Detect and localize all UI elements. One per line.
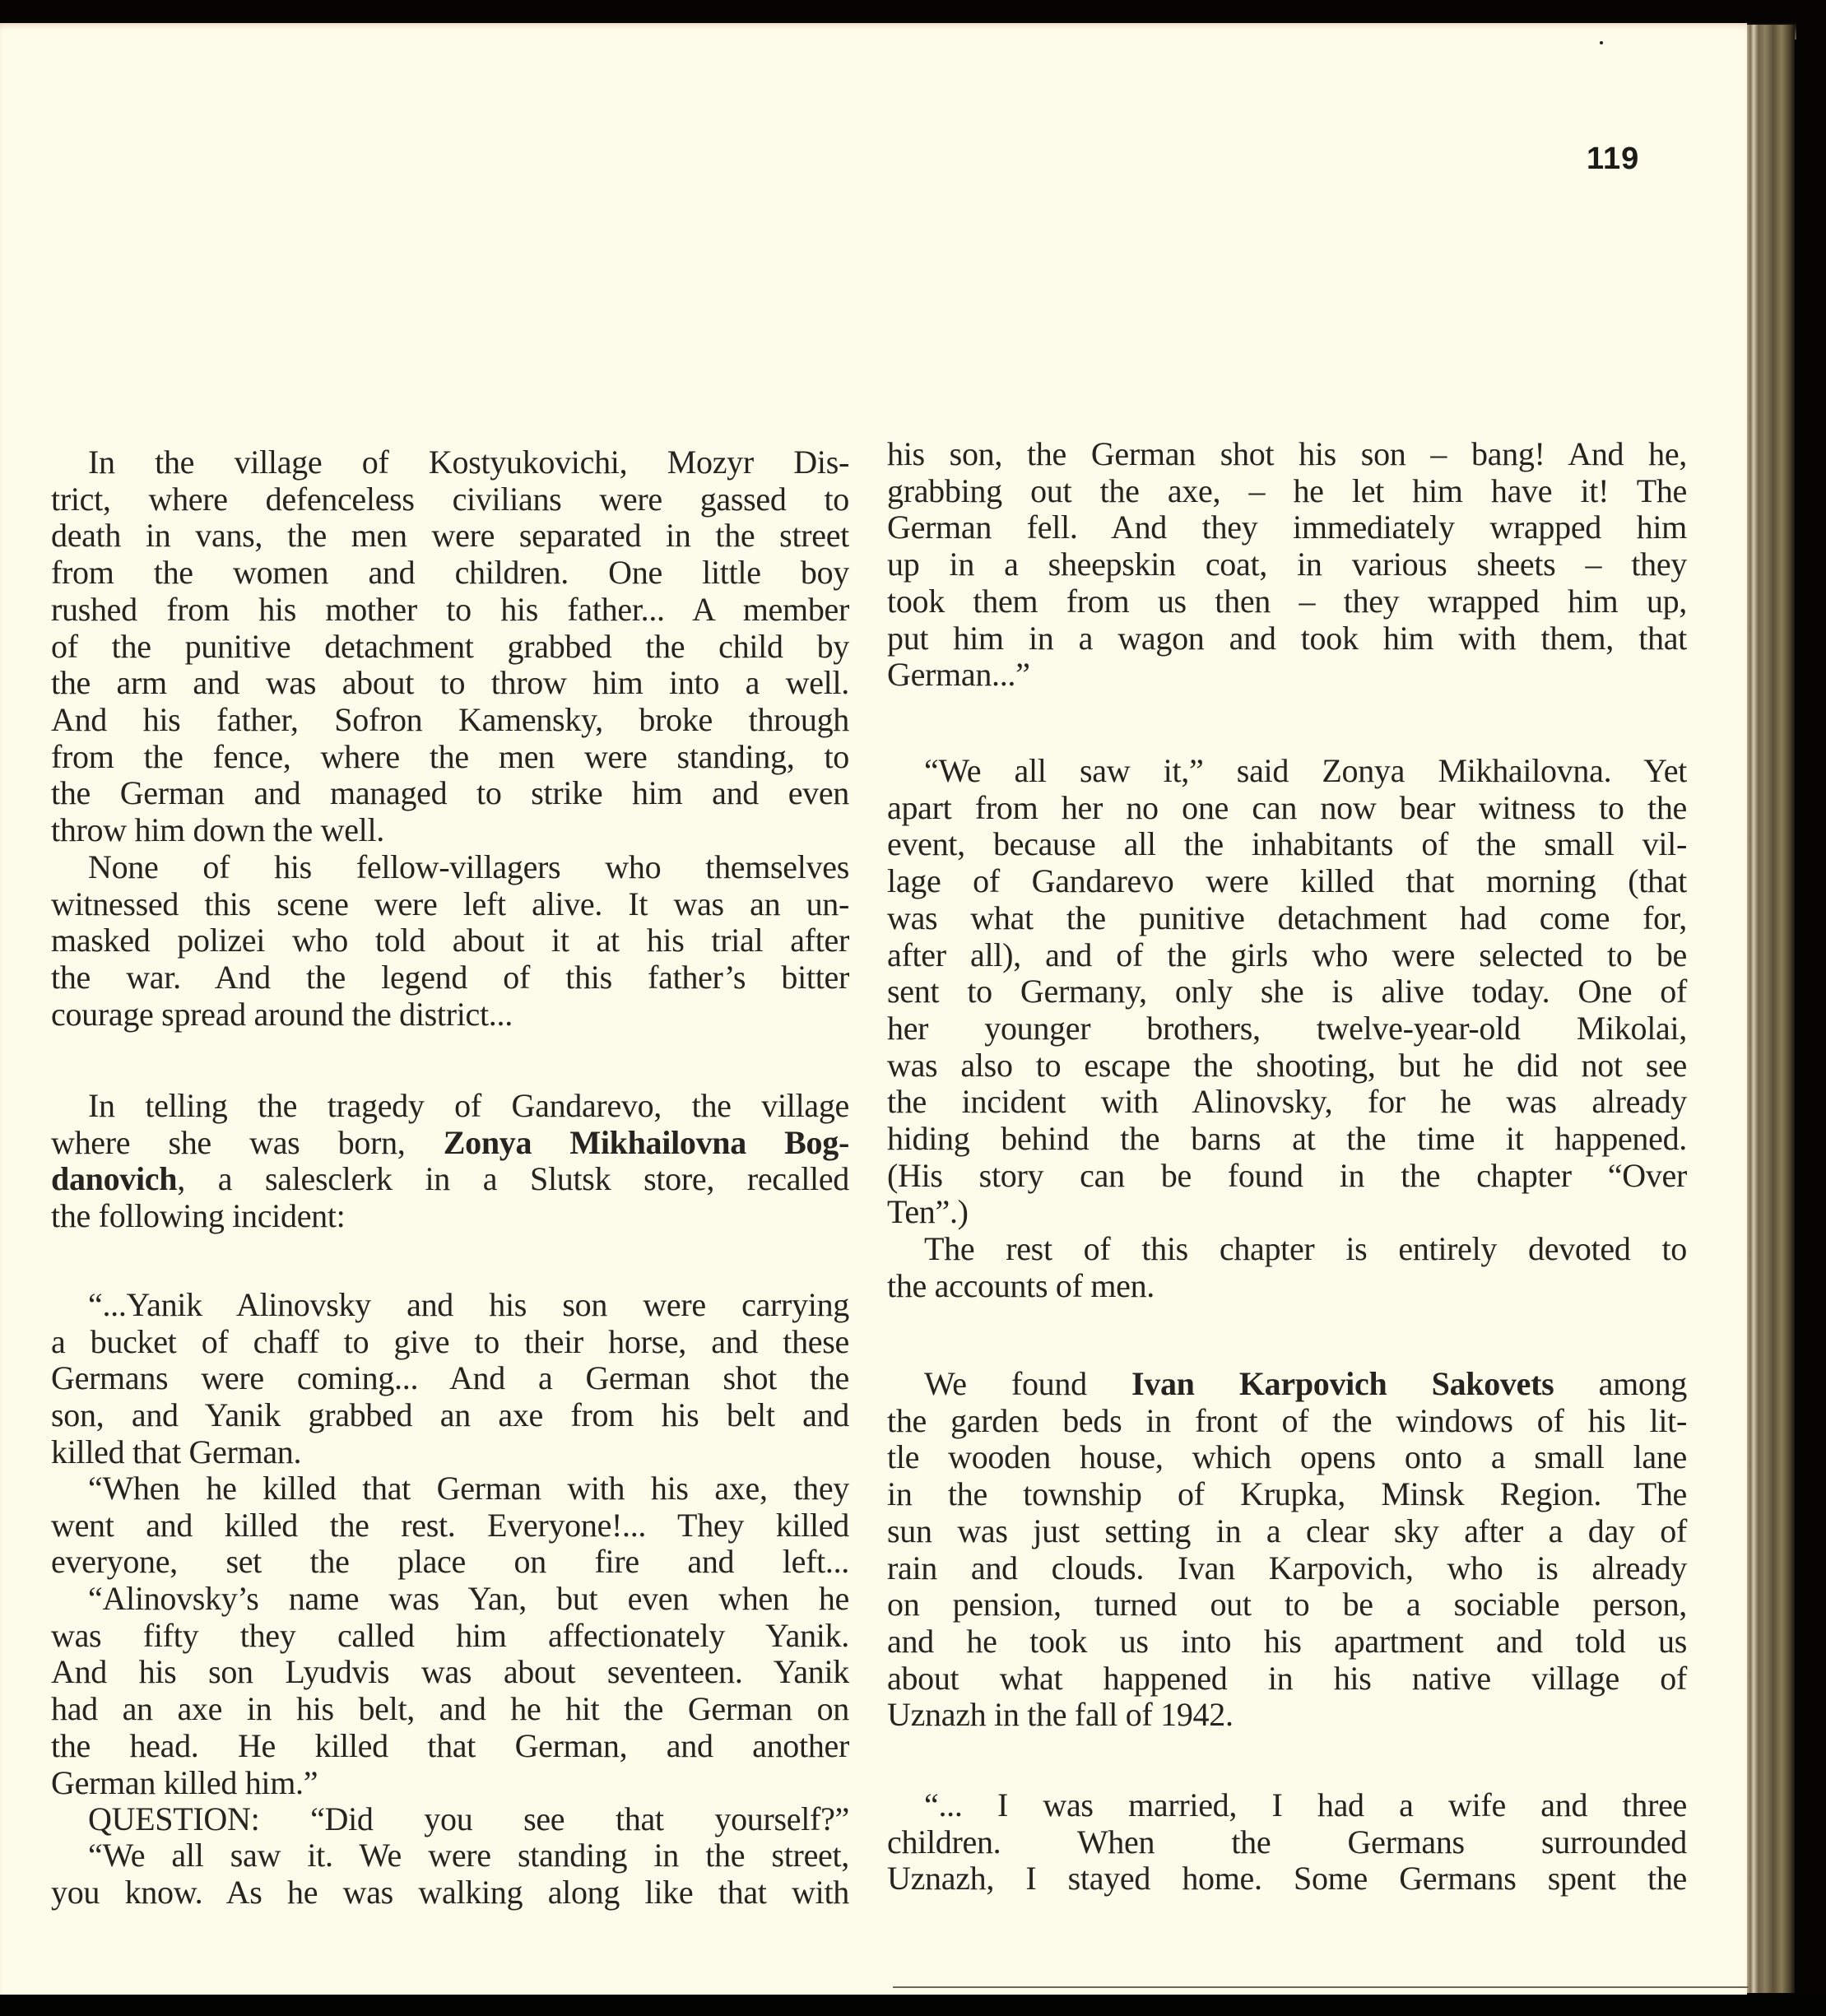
text-line: German...” bbox=[887, 657, 1687, 694]
text-line: everyone, set the place on fire and left… bbox=[51, 1544, 849, 1581]
text-line: courage spread around the district... bbox=[51, 996, 849, 1034]
text-line: In telling the tragedy of Gandarevo, the… bbox=[51, 1088, 849, 1125]
text-span: where she was born, bbox=[51, 1124, 444, 1161]
text-line: on pension, turned out to be a sociable … bbox=[887, 1586, 1687, 1623]
text-line: the arm and was about to throw him into … bbox=[51, 665, 849, 702]
text-span: We found bbox=[924, 1365, 1131, 1402]
text-line: children. When the Germans surrounded bbox=[887, 1824, 1687, 1861]
text-line: witnessed this scene were left alive. It… bbox=[51, 886, 849, 923]
text-line: apart from her no one can now bear witne… bbox=[887, 790, 1687, 827]
text-line: sent to Germany, only she is alive today… bbox=[887, 973, 1687, 1010]
text-line: tle wooden house, which opens onto a sma… bbox=[887, 1439, 1687, 1476]
text-line: had an axe in his belt, and he hit the G… bbox=[51, 1691, 849, 1728]
text-span: , a salesclerk in a Slutsk store, recall… bbox=[177, 1160, 849, 1197]
paragraph-quote-axe: “When he killed that German with his axe… bbox=[51, 1470, 849, 1581]
text-line: event, because all the inhabitants of th… bbox=[887, 826, 1687, 863]
paragraph-question: QUESTION: “Did you see that yourself?” bbox=[51, 1801, 849, 1838]
page-number: 119 bbox=[1587, 142, 1685, 177]
paragraph-quote-alinovsky: “Alinovsky’s name was Yan, but even when… bbox=[51, 1581, 849, 1801]
text-line: the German and managed to strike him and… bbox=[51, 775, 849, 812]
paragraph-gandarevo-intro: In telling the tragedy of Gandarevo, the… bbox=[51, 1088, 849, 1235]
text-line: in the township of Krupka, Minsk Region.… bbox=[887, 1476, 1687, 1513]
text-line: son, and Yanik grabbed an axe from his b… bbox=[51, 1397, 849, 1434]
text-line: “We all saw it. We were standing in the … bbox=[51, 1837, 849, 1874]
text-line: of the punitive detachment grabbed the c… bbox=[51, 629, 849, 666]
paragraph-quote-married: “... I was married, I had a wife and thr… bbox=[887, 1787, 1687, 1898]
text-line: lage of Gandarevo were killed that morni… bbox=[887, 863, 1687, 900]
text-line: Germans were coming... And a German shot… bbox=[51, 1360, 849, 1397]
text-line: the accounts of men. bbox=[887, 1268, 1687, 1305]
text-line: put him in a wagon and took him with the… bbox=[887, 620, 1687, 657]
paragraph-rest-of-chapter: The rest of this chapter is entirely dev… bbox=[887, 1231, 1687, 1304]
dust-speck bbox=[1600, 41, 1603, 44]
text-line: We found Ivan Karpovich Sakovets among bbox=[887, 1366, 1687, 1403]
person-name-bold: Ivan Karpovich Sakovets bbox=[1131, 1365, 1554, 1402]
text-line: and he took us into his apartment and to… bbox=[887, 1623, 1687, 1661]
page-stack-edge bbox=[1747, 25, 1795, 1993]
text-line: up in a sheepskin coat, in various sheet… bbox=[887, 546, 1687, 583]
paragraph-quote-continued: his son, the German shot his son – bang!… bbox=[887, 436, 1687, 694]
text-line: a bucket of chaff to give to their horse… bbox=[51, 1324, 849, 1361]
text-line: In the village of Kostyukovichi, Mozyr D… bbox=[51, 444, 849, 481]
text-line: from the women and children. One little … bbox=[51, 555, 849, 592]
page-bottom-edge bbox=[893, 1986, 1749, 1988]
text-line: the war. And the legend of this father’s… bbox=[51, 959, 849, 996]
text-line: “... I was married, I had a wife and thr… bbox=[887, 1787, 1687, 1824]
text-line: rushed from his mother to his father... … bbox=[51, 592, 849, 629]
text-line: (His story can be found in the chapter “… bbox=[887, 1158, 1687, 1195]
text-line: the incident with Alinovsky, for he was … bbox=[887, 1084, 1687, 1121]
text-line: was fifty they called him affectionately… bbox=[51, 1618, 849, 1655]
text-line: after all), and of the girls who were se… bbox=[887, 937, 1687, 974]
text-line: German fell. And they immediately wrappe… bbox=[887, 509, 1687, 546]
text-line: “We all saw it,” said Zonya Mikhailovna.… bbox=[887, 753, 1687, 790]
text-line: None of his fellow-villagers who themsel… bbox=[51, 849, 849, 886]
text-line: grabbing out the axe, – he let him have … bbox=[887, 473, 1687, 510]
text-line: Uznazh in the fall of 1942. bbox=[887, 1697, 1687, 1734]
text-line: throw him down the well. bbox=[51, 812, 849, 849]
text-line: you know. As he was walking along like t… bbox=[51, 1874, 849, 1911]
text-line: was also to escape the shooting, but he … bbox=[887, 1047, 1687, 1085]
text-line: the following incident: bbox=[51, 1198, 849, 1235]
text-line: masked polizei who told about it at his … bbox=[51, 922, 849, 959]
person-name-bold: danovich bbox=[51, 1160, 177, 1197]
text-line: Ten”.) bbox=[887, 1194, 1687, 1231]
paragraph-kostyukovichi: In the village of Kostyukovichi, Mozyr D… bbox=[51, 444, 849, 849]
text-line: sun was just setting in a clear sky afte… bbox=[887, 1513, 1687, 1550]
person-name-bold: Zonya Mikhailovna Bog- bbox=[444, 1124, 849, 1161]
paragraph-quote-yanik: “...Yanik Alinovsky and his son were car… bbox=[51, 1287, 849, 1471]
text-line: German killed him.” bbox=[51, 1765, 849, 1802]
paragraph-zonya-witness: “We all saw it,” said Zonya Mikhailovna.… bbox=[887, 753, 1687, 1231]
text-line: her younger brothers, twelve-year-old Mi… bbox=[887, 1010, 1687, 1047]
text-line: went and killed the rest. Everyone!... T… bbox=[51, 1507, 849, 1545]
paragraph-quote-we-all-saw: “We all saw it. We were standing in the … bbox=[51, 1837, 849, 1911]
text-line: was what the punitive detachment had com… bbox=[887, 900, 1687, 937]
text-line: “...Yanik Alinovsky and his son were car… bbox=[51, 1287, 849, 1324]
text-line: trict, where defenceless civilians were … bbox=[51, 481, 849, 518]
text-line: took them from us then – they wrapped hi… bbox=[887, 583, 1687, 620]
text-line: “When he killed that German with his axe… bbox=[51, 1470, 849, 1507]
text-line: where she was born, Zonya Mikhailovna Bo… bbox=[51, 1125, 849, 1162]
text-line: rain and clouds. Ivan Karpovich, who is … bbox=[887, 1550, 1687, 1587]
text-line: The rest of this chapter is entirely dev… bbox=[887, 1231, 1687, 1268]
text-line: And his son Lyudvis was about seventeen.… bbox=[51, 1654, 849, 1691]
text-line: killed that German. bbox=[51, 1434, 849, 1471]
text-line: the head. He killed that German, and ano… bbox=[51, 1728, 849, 1765]
text-line: his son, the German shot his son – bang!… bbox=[887, 436, 1687, 473]
text-line: the garden beds in front of the windows … bbox=[887, 1403, 1687, 1440]
text-line: Uznazh, I stayed home. Some Germans spen… bbox=[887, 1860, 1687, 1898]
text-line: from the fence, where the men were stand… bbox=[51, 739, 849, 776]
text-line: And his father, Sofron Kamensky, broke t… bbox=[51, 702, 849, 739]
background-bottom bbox=[0, 1995, 1826, 2016]
text-line: death in vans, the men were separated in… bbox=[51, 518, 849, 555]
paragraph-sakovets-intro: We found Ivan Karpovich Sakovets among t… bbox=[887, 1366, 1687, 1734]
text-line: about what happened in his native villag… bbox=[887, 1661, 1687, 1698]
text-line: “Alinovsky’s name was Yan, but even when… bbox=[51, 1581, 849, 1618]
paragraph-none-of-his: None of his fellow-villagers who themsel… bbox=[51, 849, 849, 1034]
text-span: among bbox=[1554, 1365, 1687, 1402]
text-line: QUESTION: “Did you see that yourself?” bbox=[51, 1801, 849, 1838]
text-line: hiding behind the barns at the time it h… bbox=[887, 1121, 1687, 1158]
text-line: danovich, a salesclerk in a Slutsk store… bbox=[51, 1161, 849, 1198]
